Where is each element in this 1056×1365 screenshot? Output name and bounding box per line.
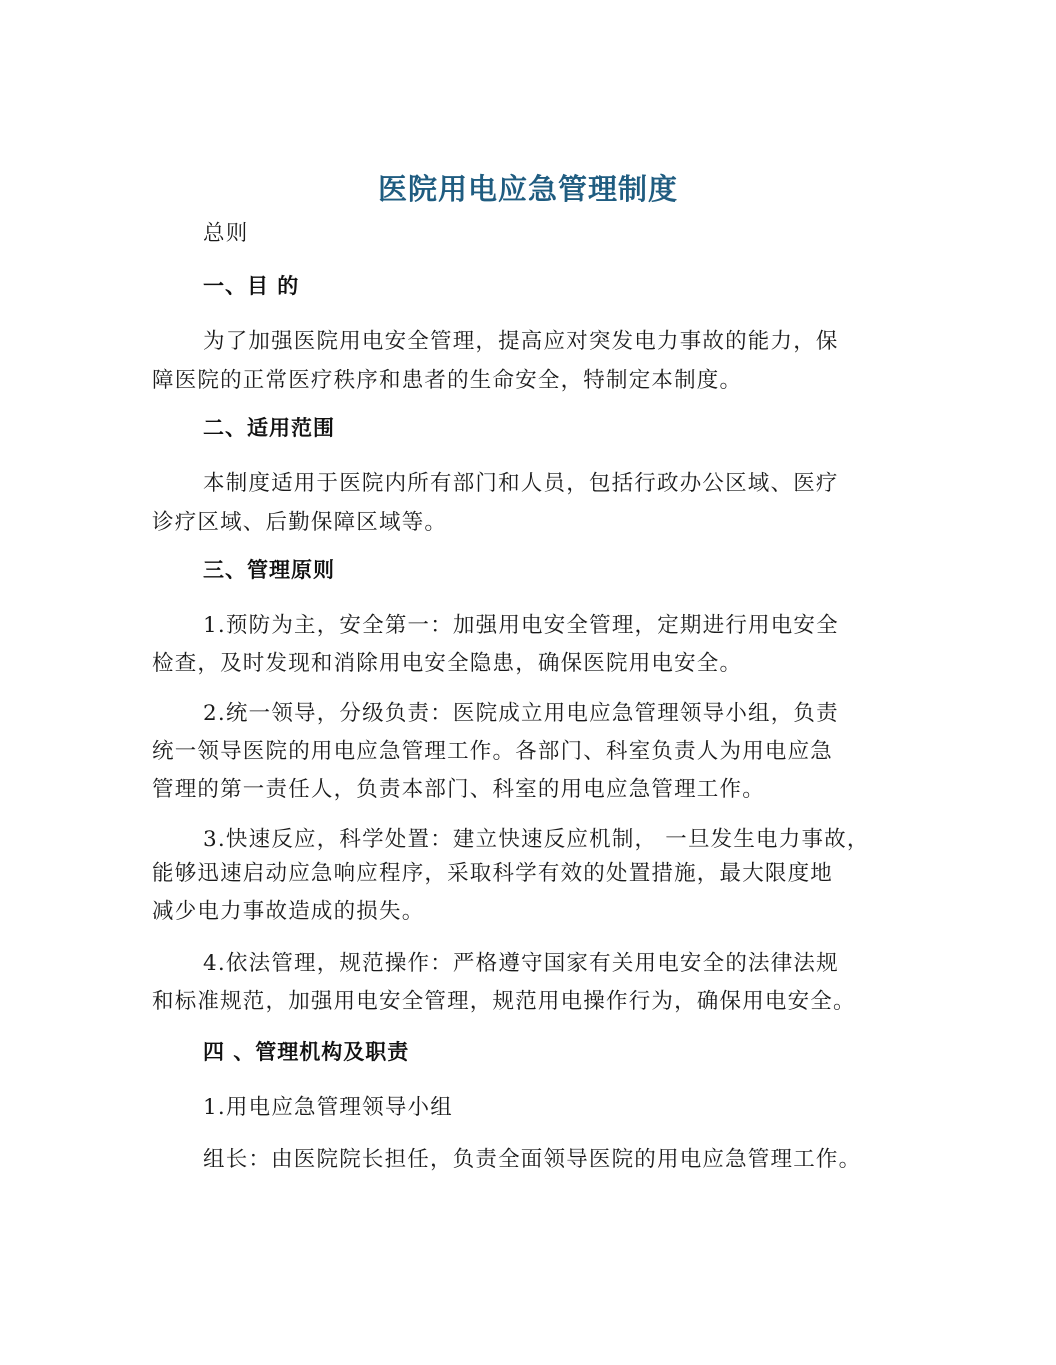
paragraph-line: 本制度适用于医院内所有部门和人员，包括行政办公区域、医疗 [203,466,839,497]
paragraph-line: 减少电力事故造成的损失。 [152,894,424,925]
paragraph-line: 组长：由医院院长担任，负责全面领导医院的用电应急管理工作。 [203,1142,861,1173]
paragraph-line: 诊疗区域、后勤保障区域等。 [152,505,447,536]
paragraph-line: 1.预防为主，安全第一：加强用电安全管理，定期进行用电安全 [203,608,839,639]
paragraph-line: 障医院的正常医疗秩序和患者的生命安全，特制定本制度。 [152,363,742,394]
section-heading-organization: 四 、管理机构及职责 [203,1036,409,1066]
paragraph-line: 检查，及时发现和消除用电安全隐患，确保医院用电安全。 [152,646,742,677]
paragraph-line: 管理的第一责任人，负责本部门、科室的用电应急管理工作。 [152,772,765,803]
paragraph-line: 统一领导医院的用电应急管理工作。各部门、科室负责人为用电应急 [152,734,833,765]
paragraph-line: 4.依法管理，规范操作：严格遵守国家有关用电安全的法律法规 [203,946,839,977]
paragraph-line: 3.快速反应，科学处置：建立快速反应机制， 一旦发生电力事故， [203,822,870,853]
section-heading-purpose: 一、目 的 [203,270,299,300]
paragraph-line: 2.统一领导，分级负责：医院成立用电应急管理领导小组，负责 [203,696,839,727]
section-heading-principles: 三、管理原则 [203,554,335,584]
paragraph-line: 能够迅速启动应急响应程序，采取科学有效的处置措施，最大限度地 [152,856,833,887]
paragraph-line: 和标准规范，加强用电安全管理，规范用电操作行为，确保用电安全。 [152,984,856,1015]
document-title: 医院用电应急管理制度 [0,167,1056,208]
document-page: 医院用电应急管理制度 总则 一、目 的 为了加强医院用电安全管理，提高应对突发电… [0,0,1056,1365]
paragraph-line: 1.用电应急管理领导小组 [203,1090,453,1121]
paragraph-line: 为了加强医院用电安全管理，提高应对突发电力事故的能力，保 [203,324,839,355]
section-label-general: 总则 [203,216,248,247]
section-heading-scope: 二、适用范围 [203,412,335,442]
